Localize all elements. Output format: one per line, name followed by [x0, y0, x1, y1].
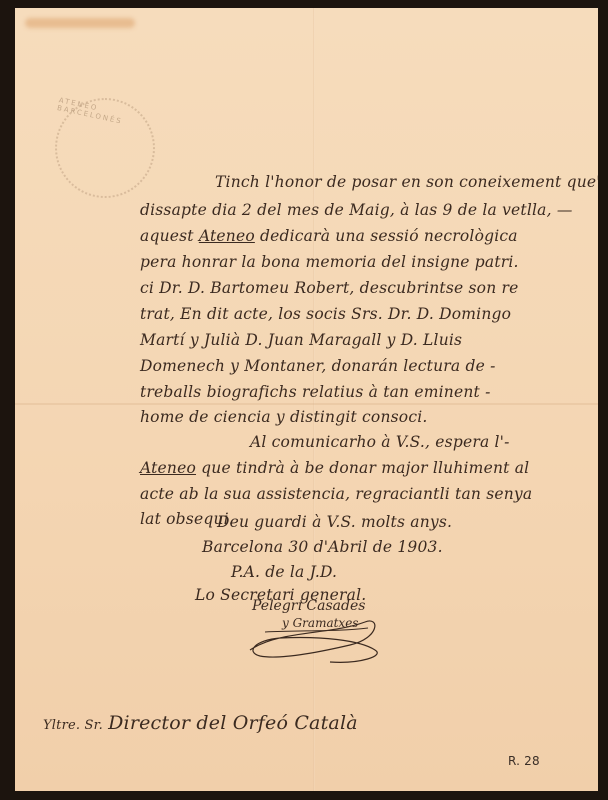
body-line-5: ci Dr. D. Bartomeu Robert, descubrintse …: [140, 279, 519, 297]
body-line-3: aquest Ateneo dedicarà una sessió necrol…: [140, 227, 518, 245]
signature-name-2: y Gramatxes: [282, 616, 358, 630]
body-line-11: Al comunicarho à V.S., espera l'-: [250, 433, 510, 451]
body-line-6: trat, En dit acte, los socis Srs. Dr. D.…: [140, 305, 511, 323]
addressee: Yltre. Sr. Director del Orfeó Català: [43, 712, 358, 734]
paper-stain: [25, 18, 135, 28]
body-line-8: Domenech y Montaner, donarán lectura de …: [140, 357, 496, 375]
addressee-prefix: Yltre. Sr.: [43, 718, 103, 733]
body-line-7: Martí y Julià D. Juan Maragall y D. Llui…: [140, 331, 462, 349]
seal-text: ATENEO BARCELONÉS: [56, 96, 153, 132]
closing-authority: P.A. de la J.D.: [231, 563, 337, 581]
signature-name: Pelegrí Casades: [252, 598, 365, 614]
body-line-12-end: que tindrà à be donar major lluhiment al: [201, 459, 529, 477]
letter-page: ATENEO BARCELONÉS Tinch l'honor de posar…: [15, 8, 598, 791]
body-line-4: pera honrar la bona memoria del insigne …: [140, 253, 519, 271]
body-line-9: treballs biografichs relatius à tan emin…: [140, 383, 491, 401]
embossed-seal-icon: ATENEO BARCELONÉS: [55, 98, 155, 198]
closing-blessing: Deu guardi à V.S. molts anys.: [217, 513, 452, 531]
body-line-13: acte ab la sua assistencia, regraciantli…: [140, 485, 532, 503]
fold-crease-horizontal: [15, 403, 598, 405]
body-line-2: dissapte dia 2 del mes de Maig, à las 9 …: [140, 201, 573, 219]
body-line-1: Tinch l'honor de posar en son coneixemen…: [215, 173, 598, 191]
body-line-12: Ateneo que tindrà à be donar major lluhi…: [140, 459, 529, 477]
ateneo-underlined: Ateneo: [199, 227, 255, 245]
addressee-name: Director del Orfeó Català: [108, 712, 358, 734]
body-line-3-start: aquest: [140, 227, 194, 245]
reference-number: R. 28: [508, 754, 540, 768]
closing-place-date: Barcelona 30 d'Abril de 1903.: [202, 538, 443, 556]
body-line-10: home de ciencia y distingit consoci.: [140, 408, 428, 426]
signature: Pelegrí Casades y Gramatxes: [240, 590, 390, 670]
ateneo-underlined-2: Ateneo: [140, 459, 196, 477]
body-line-3-end: dedicarà una sessió necrològica: [260, 227, 518, 245]
